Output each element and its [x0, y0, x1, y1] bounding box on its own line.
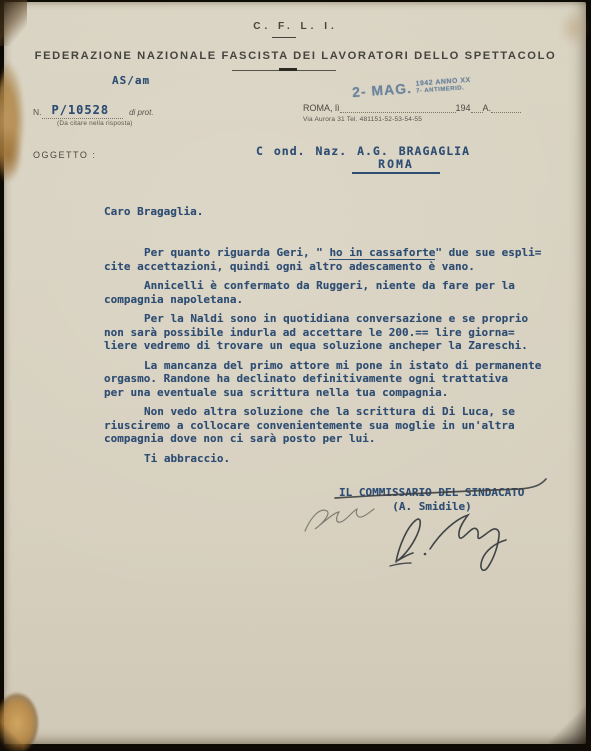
protocol-suffix: di prot. — [123, 108, 153, 119]
letter-body: Per quanto riguarda Geri, " ho in cassaf… — [104, 246, 541, 471]
stamp-day-month: 2- MAG. — [352, 80, 413, 100]
body-line: Non vedo altra soluzione che la scrittur… — [104, 405, 541, 419]
dotted-leader — [340, 102, 456, 113]
abbreviation-underline — [272, 37, 296, 38]
address-phone: Via Aurora 31 Tel. 481151-52-53-54-55 — [303, 116, 422, 123]
city-date-row: ROMA, lì 194 A. — [303, 102, 565, 113]
body-line: cite accettazioni, quindi ogni altro ade… — [104, 260, 541, 274]
stain-left-edge — [0, 52, 38, 204]
body-line: per una eventuale sua scrittura nella tu… — [104, 386, 541, 400]
body-line: La mancanza del primo attore mi pone in … — [104, 359, 541, 373]
corner-shadow-bottom-right — [549, 697, 591, 751]
protocol-label: N. — [33, 107, 42, 119]
dotted-leader — [471, 102, 483, 113]
body-line: Per quanto riguarda Geri, " ho in cassaf… — [104, 246, 541, 260]
stain-bottom-left — [0, 688, 42, 751]
paragraph-4: La mancanza del primo attore mi pone in … — [104, 359, 541, 400]
protocol-number: P/10528 — [42, 103, 124, 119]
letter-content: C. F. L. I. FEDERAZIONE NAZIONALE FASCIS… — [0, 0, 591, 751]
body-line: compagnia napoletana. — [104, 293, 541, 307]
body-line: Per la Naldi sono in quotidiana conversa… — [104, 312, 541, 326]
body-line: riusciremo a collocare convenientemente … — [104, 419, 541, 433]
corner-shadow-bottom-left — [0, 723, 22, 751]
paragraph-1: Per quanto riguarda Geri, " ho in cassaf… — [104, 246, 541, 273]
autograph-surname — [430, 515, 506, 570]
anno-label: A. — [483, 103, 492, 113]
recipient-city: ROMA — [352, 157, 440, 174]
signature-title: IL COMMISSARIO DEL SINDACATO — [339, 486, 524, 499]
protocol-row: N. P/10528 di prot. — [33, 103, 154, 119]
date-stamp: 2- MAG. 1942 ANNO XX 7- ANTIMERID. — [352, 76, 472, 100]
recipient-name: C ond. Naz. A.G. BRAGAGLIA — [256, 144, 470, 158]
signature-name: (A. Smidile) — [339, 500, 525, 513]
body-text: " due sue espli= — [435, 246, 541, 259]
subject-label: OGGETTO : — [33, 150, 96, 160]
salutation: Caro Bragaglia. — [104, 205, 203, 218]
body-line: compagnia dove non ci sarà posto per lui… — [104, 432, 541, 446]
org-abbreviation: C. F. L. I. — [0, 21, 591, 32]
stain-left-edge-dark — [0, 120, 26, 190]
body-line: non sarà possibile indurla ad accettare … — [104, 326, 541, 340]
autograph-initial — [396, 519, 420, 562]
paragraph-3: Per la Naldi sono in quotidiana conversa… — [104, 312, 541, 353]
underlined-phrase: ho in cassaforte — [329, 246, 435, 260]
typist-reference: AS/am — [112, 74, 150, 87]
city-date-label: ROMA, lì — [303, 103, 340, 113]
dotted-leader — [491, 102, 521, 113]
paragraph-2: Annicelli è confermato da Ruggeri, nient… — [104, 279, 541, 306]
scanned-letter: C. F. L. I. FEDERAZIONE NAZIONALE FASCIS… — [0, 0, 591, 751]
protocol-note: (Da citare nella risposta) — [57, 120, 133, 127]
body-line: liere vedremo di trovare un equa soluzio… — [104, 339, 541, 353]
org-name: FEDERAZIONE NAZIONALE FASCISTA DEI LAVOR… — [0, 50, 591, 62]
body-line: orgasmo. Randone ha declinato definitiva… — [104, 372, 541, 386]
autograph-underline — [390, 563, 411, 566]
org-name-underline-dash — [279, 68, 297, 71]
autograph-dot — [424, 553, 427, 556]
body-text: Per quanto riguarda Geri, " — [144, 246, 329, 259]
year-fragment: 194 — [456, 103, 471, 113]
paragraph-5: Non vedo altra soluzione che la scrittur… — [104, 405, 541, 446]
closing: Ti abbraccio. — [104, 452, 541, 466]
body-line: Annicelli è confermato da Ruggeri, nient… — [104, 279, 541, 293]
